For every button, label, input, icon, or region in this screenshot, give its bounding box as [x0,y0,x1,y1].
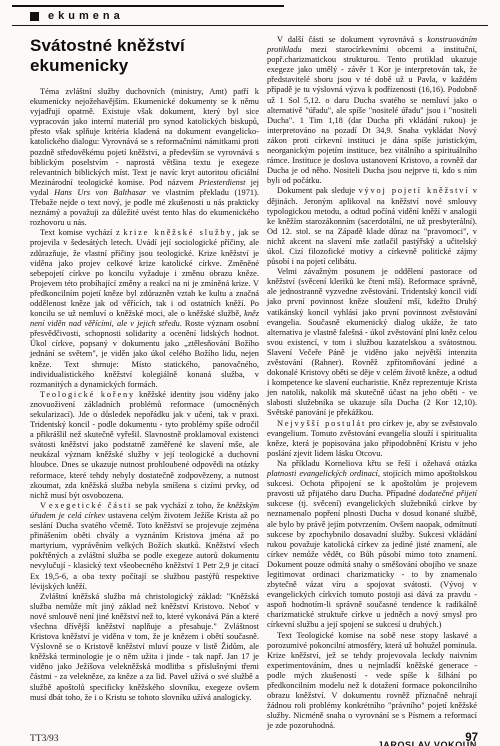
text-run: mezi starocírkevními obcemi a instituční… [267,45,477,185]
right-column: V další části se dokument vyrovnává s ko… [267,35,477,746]
emphasis-italic: platnosti evangelických ordinací [267,469,378,478]
text-run: v dějinách. Jeroným aplikoval na kněžstv… [267,186,477,266]
text-run: , jak se projevila v šedesátých letech. … [30,228,259,318]
paragraph: Nejvyšší postulát pro církev je, aby se … [267,419,477,459]
text-run: . Roste význam osobní přesvědčivosti, sc… [30,319,259,389]
paragraph: V další části se dokument vyrovnává s ko… [267,35,477,186]
emphasis-letterspaced: krize kněžské služby [123,228,232,237]
text-run: V [40,501,49,510]
top-rule [12,5,284,7]
section-label: ekumena [48,10,124,22]
emphasis-italic: Hans Urs von Balthasar [54,188,146,197]
emphasis-italic: Priesterdienst [199,178,246,187]
section-square-icon [30,12,39,21]
paragraph: Velmi závažným posunem je oddělení pasto… [267,267,477,418]
emphasis-letterspaced: Nejvyšší postulát [277,419,366,428]
page-number: 97 [465,732,478,744]
paragraph: V exegetické části se pak vychází z toho… [30,501,259,592]
right-column-text: V další části se dokument vyrovnává s ko… [267,35,477,731]
header-rule [12,25,488,26]
paragraph: Na příkladu Korneliova křtu se řeší i ož… [267,459,477,631]
paragraph: Zvláštní kněžská služba má christologick… [30,592,259,703]
emphasis-letterspaced: Teologické kořeny [40,390,135,399]
text-run: se pak vychází z toho, že [132,501,227,510]
emphasis-italic: dodatečné přijetí [419,489,477,498]
paragraph: Téma zvláštní služby duchovních (ministr… [30,87,259,228]
text-run: Velmi závažným posunem je oddělení pasto… [267,267,477,417]
text-run: Text Teologické komise na sobě nese stop… [267,631,477,731]
text-run: Dokument pak sleduje [277,186,359,195]
left-column: Svátostné kněžství ekumenicky Téma zvláš… [30,35,259,746]
left-column-text: Téma zvláštní služby duchovních (ministr… [30,87,259,703]
magazine-page: ekumena Svátostné kněžství ekumenicky Té… [0,5,500,746]
paragraph: Teologické kořeny kněžské identity jsou … [30,390,259,501]
text-run: V další části se dokument vyrovnává s [277,35,427,44]
emphasis-letterspaced: vývoj pojetí kněžství [359,186,470,195]
page-footer: TT3/93 97 [30,732,478,744]
text-run: sukcese (tj. svěcení) evangelických služ… [267,499,477,629]
article-title: Svátostné kněžství ekumenicky [30,36,259,76]
paragraph: Dokument pak sleduje vývoj pojetí kněžst… [267,186,477,267]
text-run: Téma zvláštní služby duchovních (ministr… [30,87,259,187]
text-run: Zvláštní kněžská služba má christologick… [30,592,259,702]
text-run: ustavena celým životem Ježíše Krista až … [30,511,259,591]
issue-label: TT3/93 [30,734,59,744]
paragraph: Text komise vychází z krize kněžské služ… [30,228,259,390]
text-run: Na příkladu Korneliova křtu se řeší i ož… [277,459,477,468]
text-run: Text komise vychází z [40,228,123,237]
emphasis-letterspaced: exegetické části [49,501,132,510]
section-header: ekumena [30,10,500,22]
paragraph: Text Teologické komise na sobě nese stop… [267,631,477,732]
text-run: kněžské identity jsou viděny jako znovuo… [30,390,259,500]
article-body: Svátostné kněžství ekumenicky Téma zvláš… [30,35,477,746]
